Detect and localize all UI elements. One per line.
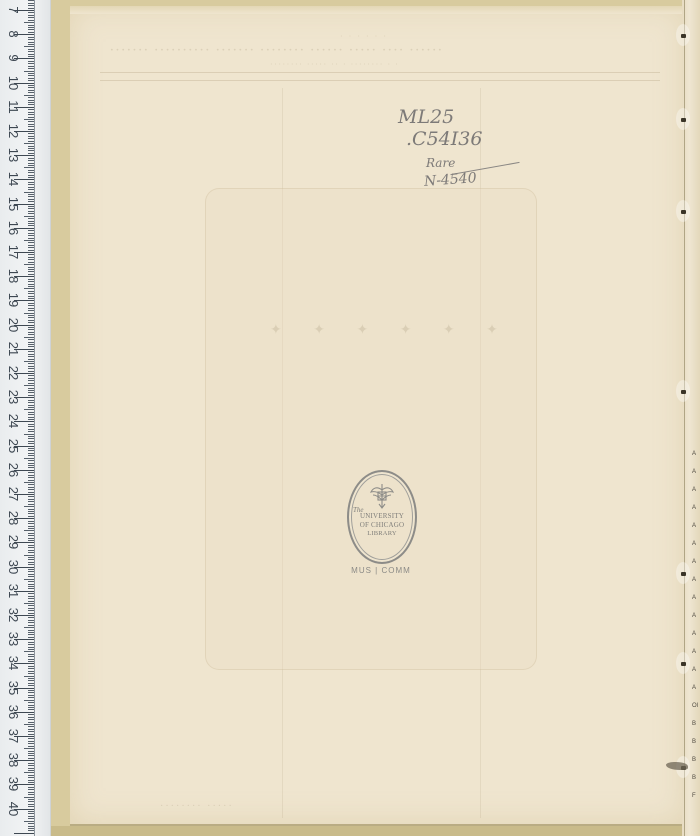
call-number-line-4: N-4540 [424, 170, 478, 190]
ruler-tick [24, 167, 34, 168]
ruler-tick [28, 576, 34, 577]
ruler-label: 14 [4, 168, 22, 190]
ruler-tick [28, 274, 34, 275]
ruler-tick [28, 320, 34, 321]
ruler-tick [28, 315, 34, 316]
ruler-tick [28, 257, 34, 258]
ruler-tick [28, 49, 34, 50]
ruler-edge [34, 0, 35, 836]
ruler-tick [28, 768, 34, 769]
ruler-tick [28, 383, 34, 384]
ruler-tick [24, 506, 34, 507]
ruler-tick [28, 250, 34, 251]
ruler-tick [28, 792, 34, 793]
ruler-label: 20 [4, 314, 22, 336]
ruler-tick [28, 540, 34, 541]
ruler-tick [28, 354, 34, 355]
ruler-label: 10 [4, 72, 22, 94]
ruler-tick [24, 603, 34, 604]
ruler-tick [28, 617, 34, 618]
ruler-tick [28, 146, 34, 147]
ruler-tick [24, 579, 34, 580]
binding-hole-icon [681, 210, 686, 214]
ruler-tick [28, 148, 34, 149]
ruler-tick [28, 668, 34, 669]
ruler-tick [28, 121, 34, 122]
ruler-tick [28, 443, 34, 444]
ruler-label: 11 [4, 96, 22, 118]
ruler-tick [28, 692, 34, 693]
ruler-tick [28, 87, 34, 88]
ruler-tick [28, 475, 34, 476]
binding-hole-icon [681, 662, 686, 666]
ruler-tick [28, 85, 34, 86]
stamp-line-3: LIBRARY [349, 530, 415, 537]
ruler-tick [24, 724, 34, 725]
ruler-tick [28, 29, 34, 30]
backing-board-bottom [51, 826, 700, 836]
call-number-line-3: Rare [426, 156, 455, 170]
ruler-tick [28, 281, 34, 282]
ruler-tick [28, 402, 34, 403]
ruler-tick [28, 460, 34, 461]
ruler-tick [28, 586, 34, 587]
ruler-tick [28, 685, 34, 686]
ruler-tick [28, 259, 34, 260]
ruler-tick [28, 620, 34, 621]
ruler-tick [28, 828, 34, 829]
ruler-tick [28, 400, 34, 401]
document-page: · · · · · · ······· ·········· ······· ·… [70, 6, 685, 824]
ruler-tick [24, 748, 34, 749]
ruler-tick [24, 240, 34, 241]
ruler-tick [24, 22, 34, 23]
ruler-tick [28, 136, 34, 137]
ruler-tick [28, 359, 34, 360]
ruler-label: 39 [4, 773, 22, 795]
ruler-tick [28, 405, 34, 406]
ruler-tick [28, 770, 34, 771]
ruler-tick [28, 342, 34, 343]
ruler-tick [28, 734, 34, 735]
ruler-label: 21 [4, 338, 22, 360]
ruler-tick [28, 54, 34, 55]
ruler-tick [28, 412, 34, 413]
ruler-tick [28, 327, 34, 328]
ruler-tick [28, 726, 34, 727]
ruler-tick [28, 777, 34, 778]
ruler-tick [28, 296, 34, 297]
ruler-tick [28, 789, 34, 790]
ruler-tick [28, 158, 34, 159]
ruler-tick [28, 450, 34, 451]
ruler-tick [28, 647, 34, 648]
ruler-tick [28, 12, 34, 13]
ruler-tick [24, 71, 34, 72]
ruler-tick [28, 533, 34, 534]
ruler-label: 35 [4, 677, 22, 699]
ruler-tick [28, 562, 34, 563]
ruler-tick [28, 513, 34, 514]
ruler-tick [28, 501, 34, 502]
ruler-tick [24, 700, 34, 701]
ruler-label: 23 [4, 386, 22, 408]
ruler-tick [28, 291, 34, 292]
ruler-tick [28, 184, 34, 185]
ruler-tick [28, 388, 34, 389]
ruler-tick [28, 632, 34, 633]
ruler-tick [28, 429, 34, 430]
ruler-tick [28, 453, 34, 454]
ruler-tick [24, 627, 34, 628]
ruler-tick [28, 339, 34, 340]
ruler-tick [28, 27, 34, 28]
ruler-tick [28, 550, 34, 551]
ruler-tick [28, 68, 34, 69]
ruler-tick [28, 634, 34, 635]
ruler-tick [24, 313, 34, 314]
ruler-tick [28, 141, 34, 142]
ruler-tick [24, 434, 34, 435]
ruler-tick [28, 170, 34, 171]
measurement-ruler: 7891011121314151617181920212223242526272… [0, 0, 51, 836]
ruler-tick [28, 613, 34, 614]
ruler-tick [28, 731, 34, 732]
ruler-tick [28, 610, 34, 611]
ruler-tick [28, 608, 34, 609]
ruler-tick [28, 719, 34, 720]
bleed-through-ornament: ✦ ✦ ✦ ✦ ✦ ✦ [270, 322, 512, 339]
ruler-tick [28, 557, 34, 558]
ruler-label: 8 [4, 23, 22, 45]
ruler-label: 22 [4, 362, 22, 384]
ruler-tick [24, 216, 34, 217]
ruler-tick [28, 751, 34, 752]
ruler-tick [28, 755, 34, 756]
ruler-tick [24, 482, 34, 483]
ruler-tick [28, 138, 34, 139]
adjacent-page-edge-text: AAAAAAAAAAAAAAOlBBBBF [692, 445, 698, 805]
ruler-label: 33 [4, 628, 22, 650]
ruler-tick [28, 656, 34, 657]
ruler-tick [28, 729, 34, 730]
ruler-tick [28, 104, 34, 105]
ruler-tick [28, 426, 34, 427]
ruler-tick [28, 78, 34, 79]
ruler-tick [28, 678, 34, 679]
ruler-tick [24, 651, 34, 652]
ruler-tick [28, 598, 34, 599]
ruler-tick [28, 344, 34, 345]
ruler-tick [24, 676, 34, 677]
ruler-label: 17 [4, 241, 22, 263]
ruler-tick [28, 545, 34, 546]
ruler-tick [28, 208, 34, 209]
ruler-tick [28, 254, 34, 255]
ruler-tick [28, 329, 34, 330]
ruler-tick [28, 61, 34, 62]
ruler-tick [28, 51, 34, 52]
ruler-tick [28, 465, 34, 466]
ruler-tick [28, 133, 34, 134]
ruler-tick [28, 673, 34, 674]
ruler-tick [28, 100, 34, 101]
ruler-label: 16 [4, 217, 22, 239]
ruler-tick [28, 804, 34, 805]
ruler-tick [28, 109, 34, 110]
ruler-tick [28, 182, 34, 183]
ruler-label: 9 [4, 47, 22, 69]
ruler-label: 34 [4, 652, 22, 674]
ruler-label: 18 [4, 265, 22, 287]
ruler-tick [28, 601, 34, 602]
ruler-tick [28, 395, 34, 396]
ruler-tick [28, 480, 34, 481]
ruler-tick [28, 17, 34, 18]
binding-hole-icon [681, 390, 686, 394]
call-number-line-2: .C54I36 [406, 128, 482, 150]
ruler-tick [28, 363, 34, 364]
ruler-tick [28, 463, 34, 464]
ruler-tick [28, 552, 34, 553]
ruler-tick [28, 683, 34, 684]
ruler-label: 26 [4, 459, 22, 481]
ruler-label: 15 [4, 193, 22, 215]
ruler-tick [28, 642, 34, 643]
ruler-tick [28, 799, 34, 800]
ruler-tick [28, 431, 34, 432]
ruler-tick [28, 346, 34, 347]
ruler-tick [28, 366, 34, 367]
ruler-tick [28, 305, 34, 306]
ruler-tick [28, 242, 34, 243]
ruler-tick [28, 0, 34, 1]
ruler-tick [28, 690, 34, 691]
ruler-tick [28, 492, 34, 493]
ruler-tick [28, 417, 34, 418]
bleed-through-center-panel [205, 188, 537, 670]
ruler-tick [28, 472, 34, 473]
ruler-tick [28, 97, 34, 98]
ruler-tick [28, 223, 34, 224]
ruler-tick [28, 20, 34, 21]
ruler-tick [28, 830, 34, 831]
ruler-tick [28, 63, 34, 64]
ruler-tick [28, 286, 34, 287]
ruler-tick [28, 112, 34, 113]
ruler-tick [28, 126, 34, 127]
ruler-tick [28, 487, 34, 488]
ruler-tick [28, 605, 34, 606]
ruler-label: 30 [4, 556, 22, 578]
ruler-label: 29 [4, 531, 22, 553]
ruler-tick [28, 775, 34, 776]
ruler-tick [28, 695, 34, 696]
ruler-tick [28, 37, 34, 38]
ruler-tick [28, 390, 34, 391]
ruler-tick [28, 332, 34, 333]
ruler-tick [28, 213, 34, 214]
ruler-tick [28, 448, 34, 449]
ruler-tick [28, 584, 34, 585]
ruler-tick [28, 516, 34, 517]
ruler-tick [28, 293, 34, 294]
ruler-tick [28, 528, 34, 529]
ruler-tick [28, 334, 34, 335]
bleed-through-header-sub: ········ ····· ·· · ········ · · [270, 60, 399, 69]
ruler-tick [28, 42, 34, 43]
ruler-tick [24, 821, 34, 822]
ruler-tick [28, 233, 34, 234]
ruler-tick [28, 80, 34, 81]
stamp-line-1: UNIVERSITY [349, 512, 415, 520]
ruler-tick [28, 189, 34, 190]
ruler-tick [28, 199, 34, 200]
ruler-tick [28, 201, 34, 202]
ruler-tick [28, 172, 34, 173]
binding-hole-icon [681, 118, 686, 122]
bleed-through-header-top: · · · · · · [340, 32, 388, 41]
ruler-tick [28, 596, 34, 597]
ruler-tick [28, 114, 34, 115]
ruler-tick [28, 707, 34, 708]
ruler-tick [28, 794, 34, 795]
ruler-tick [28, 165, 34, 166]
ruler-tick [24, 264, 34, 265]
ruler-tick [28, 509, 34, 510]
ruler-tick [28, 317, 34, 318]
ruler-tick [28, 419, 34, 420]
ruler-tick [28, 705, 34, 706]
ruler-tick [28, 271, 34, 272]
bleed-through-footer: ········ ····· [160, 801, 234, 812]
ruler-tick [28, 407, 34, 408]
ruler-tick [28, 758, 34, 759]
ruler-label: 7 [4, 0, 22, 21]
ruler-tick [28, 375, 34, 376]
ruler-tick [28, 644, 34, 645]
ruler-label: 32 [4, 604, 22, 626]
ruler-tick [28, 581, 34, 582]
ruler-tick [28, 753, 34, 754]
ruler-tick [28, 73, 34, 74]
ruler-tick [28, 310, 34, 311]
ruler-tick [24, 361, 34, 362]
ruler-tick [28, 538, 34, 539]
ruler-tick [28, 129, 34, 130]
ruler-tick [24, 555, 34, 556]
ruler-label: 24 [4, 410, 22, 432]
ruler-tick [28, 436, 34, 437]
ruler-tick [28, 225, 34, 226]
ruler-tick [24, 192, 34, 193]
ruler-tick [28, 56, 34, 57]
ruler-tick [28, 526, 34, 527]
ruler-tick [28, 196, 34, 197]
ruler-tick [28, 782, 34, 783]
ruler-tick [28, 424, 34, 425]
ruler-tick [28, 717, 34, 718]
bleed-through-rule [100, 80, 660, 81]
stamp-line-2: OF CHICAGO [349, 521, 415, 529]
page-bottom-edge [70, 824, 685, 826]
ruler-tick [28, 102, 34, 103]
ruler-tick [28, 746, 34, 747]
ruler-tick [28, 5, 34, 6]
ruler-tick [28, 392, 34, 393]
ruler-tick [24, 409, 34, 410]
ruler-tick [24, 385, 34, 386]
ruler-label: 13 [4, 144, 22, 166]
ruler-tick [28, 722, 34, 723]
ruler-tick [28, 588, 34, 589]
ruler-label: 12 [4, 120, 22, 142]
ruler-tick [28, 380, 34, 381]
ruler-tick [28, 221, 34, 222]
ruler-tick [28, 765, 34, 766]
ruler-tick [28, 811, 34, 812]
ruler-tick [28, 571, 34, 572]
ruler-tick [28, 308, 34, 309]
ruler-label: 37 [4, 725, 22, 747]
ruler-tick [28, 593, 34, 594]
ruler-tick [28, 787, 34, 788]
ruler-tick [28, 230, 34, 231]
ruler-tick [28, 298, 34, 299]
ruler-tick [28, 247, 34, 248]
ruler-tick [24, 46, 34, 47]
ruler-tick [28, 15, 34, 16]
ruler-tick [28, 194, 34, 195]
ruler-tick [28, 32, 34, 33]
ruler-tick [28, 284, 34, 285]
ruler-tick [28, 521, 34, 522]
ruler-tick [28, 504, 34, 505]
ruler-label: 25 [4, 435, 22, 457]
ruler-tick [28, 441, 34, 442]
ruler-tick [28, 671, 34, 672]
ruler-tick [28, 489, 34, 490]
ruler-tick [28, 153, 34, 154]
ruler-tick [28, 826, 34, 827]
ruler-tick [28, 511, 34, 512]
ruler-label: 27 [4, 483, 22, 505]
ruler-label: 31 [4, 580, 22, 602]
stamp-department: MUS | COMM [340, 566, 422, 575]
ruler-tick [24, 772, 34, 773]
ruler-tick [28, 262, 34, 263]
ruler-tick [28, 39, 34, 40]
ruler-tick [28, 823, 34, 824]
ruler-tick [28, 666, 34, 667]
ruler-tick [28, 160, 34, 161]
ruler-tick [28, 371, 34, 372]
ruler-tick [28, 714, 34, 715]
ruler-tick [28, 738, 34, 739]
ruler-tick [28, 743, 34, 744]
ruler-tick [28, 806, 34, 807]
ruler-tick [28, 622, 34, 623]
ruler-tick [28, 535, 34, 536]
ruler-tick [28, 351, 34, 352]
ruler-tick [24, 143, 34, 144]
ruler-tick [28, 523, 34, 524]
ruler-tick [28, 187, 34, 188]
ruler-tick [28, 574, 34, 575]
ruler-tick [28, 245, 34, 246]
ruler-tick [28, 702, 34, 703]
ruler-tick [28, 414, 34, 415]
